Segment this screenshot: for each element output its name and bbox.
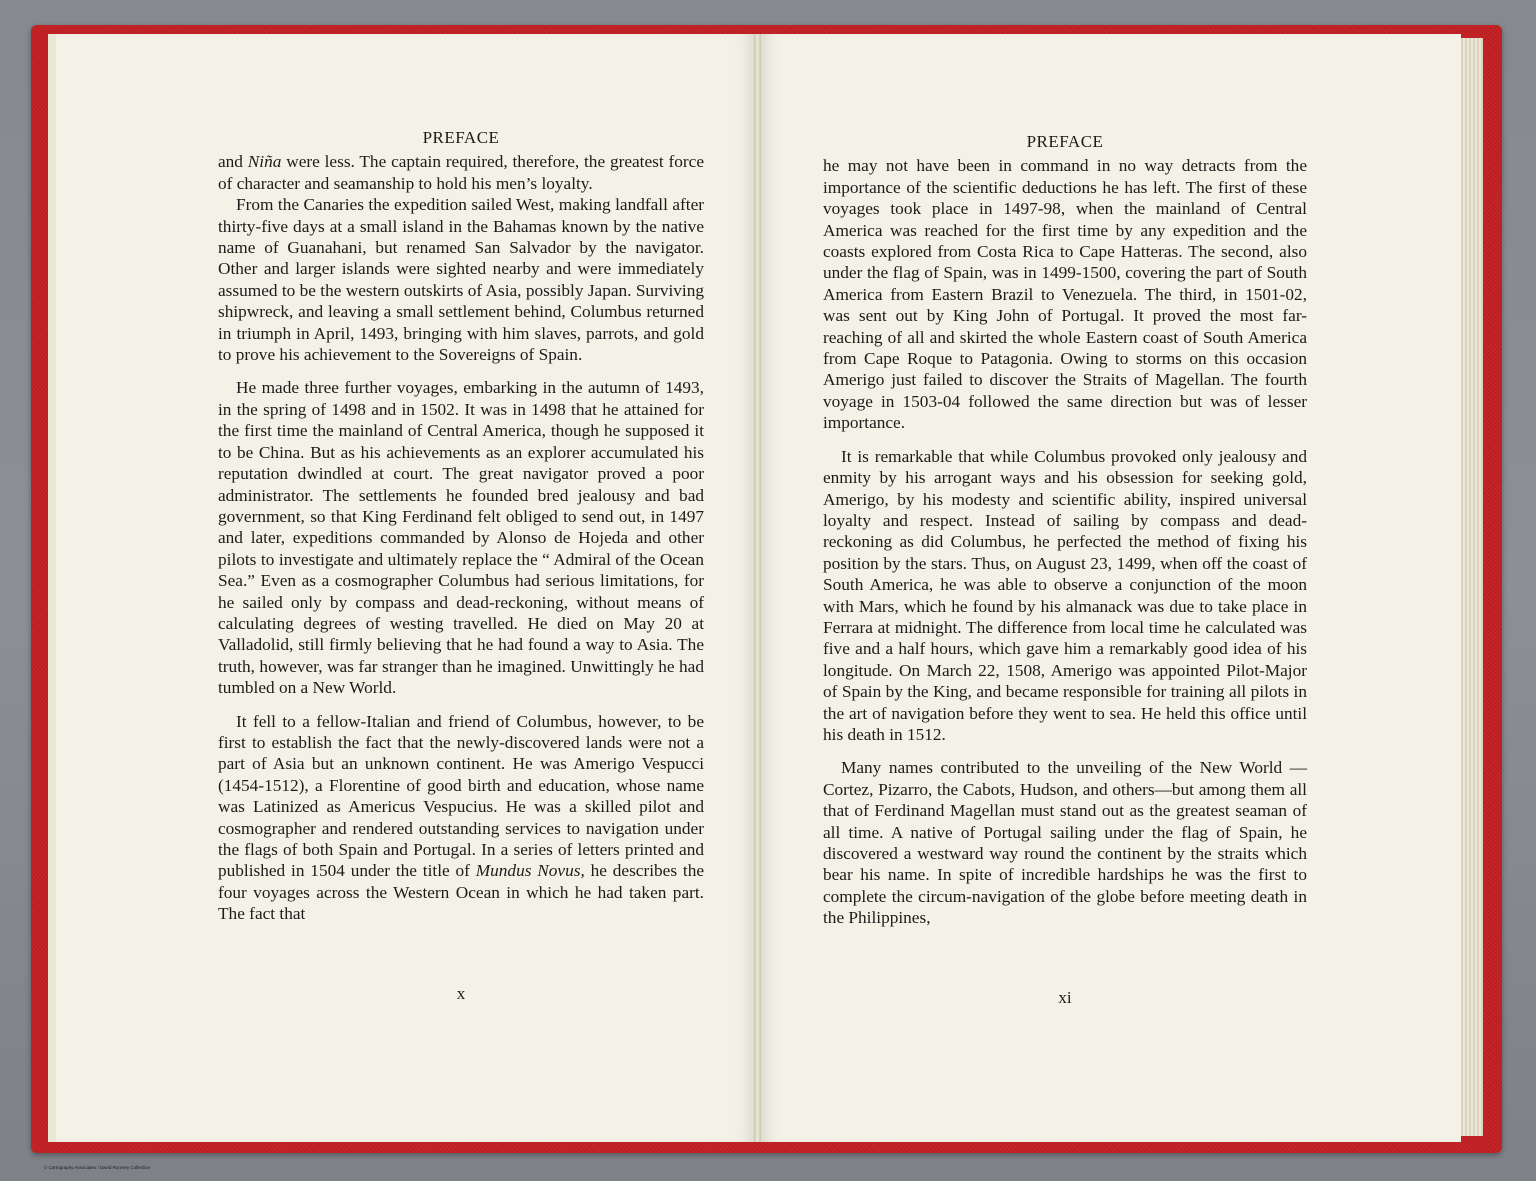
page-edges: [1461, 38, 1483, 1136]
text-span: It fell to a fellow-Italian and friend o…: [218, 712, 704, 881]
paragraph: It fell to a fellow-Italian and friend o…: [218, 711, 704, 925]
page-number-left: x: [218, 984, 704, 1004]
right-text-block: PREFACE he may not have been in command …: [823, 131, 1307, 929]
running-head-right: PREFACE: [823, 131, 1307, 152]
paragraph: Many names contributed to the unveiling …: [823, 757, 1307, 928]
running-head-left: PREFACE: [218, 127, 704, 148]
book-gutter: [754, 34, 761, 1142]
italic-ship-name: Niña: [248, 152, 282, 171]
italic-title: Mundus Novus,: [476, 861, 585, 880]
paragraph: he may not have been in command in no wa…: [823, 155, 1307, 433]
copyright-credit: © Cartography Associates / David Rumsey …: [44, 1165, 150, 1170]
paragraph: He made three further voyages, embarking…: [218, 377, 704, 698]
paragraph: It is remarkable that while Columbus pro…: [823, 446, 1307, 746]
text-span: and: [218, 152, 248, 171]
text-span: were less. The captain required, therefo…: [218, 152, 704, 192]
paragraph: and Niña were less. The captain required…: [218, 151, 704, 194]
page-number-right: xi: [823, 988, 1307, 1008]
left-text-block: PREFACE and Niña were less. The captain …: [218, 127, 704, 925]
paragraph: From the Canaries the expedition sailed …: [218, 194, 704, 365]
right-page: PREFACE he may not have been in command …: [761, 34, 1461, 1142]
left-page: PREFACE and Niña were less. The captain …: [48, 34, 754, 1142]
